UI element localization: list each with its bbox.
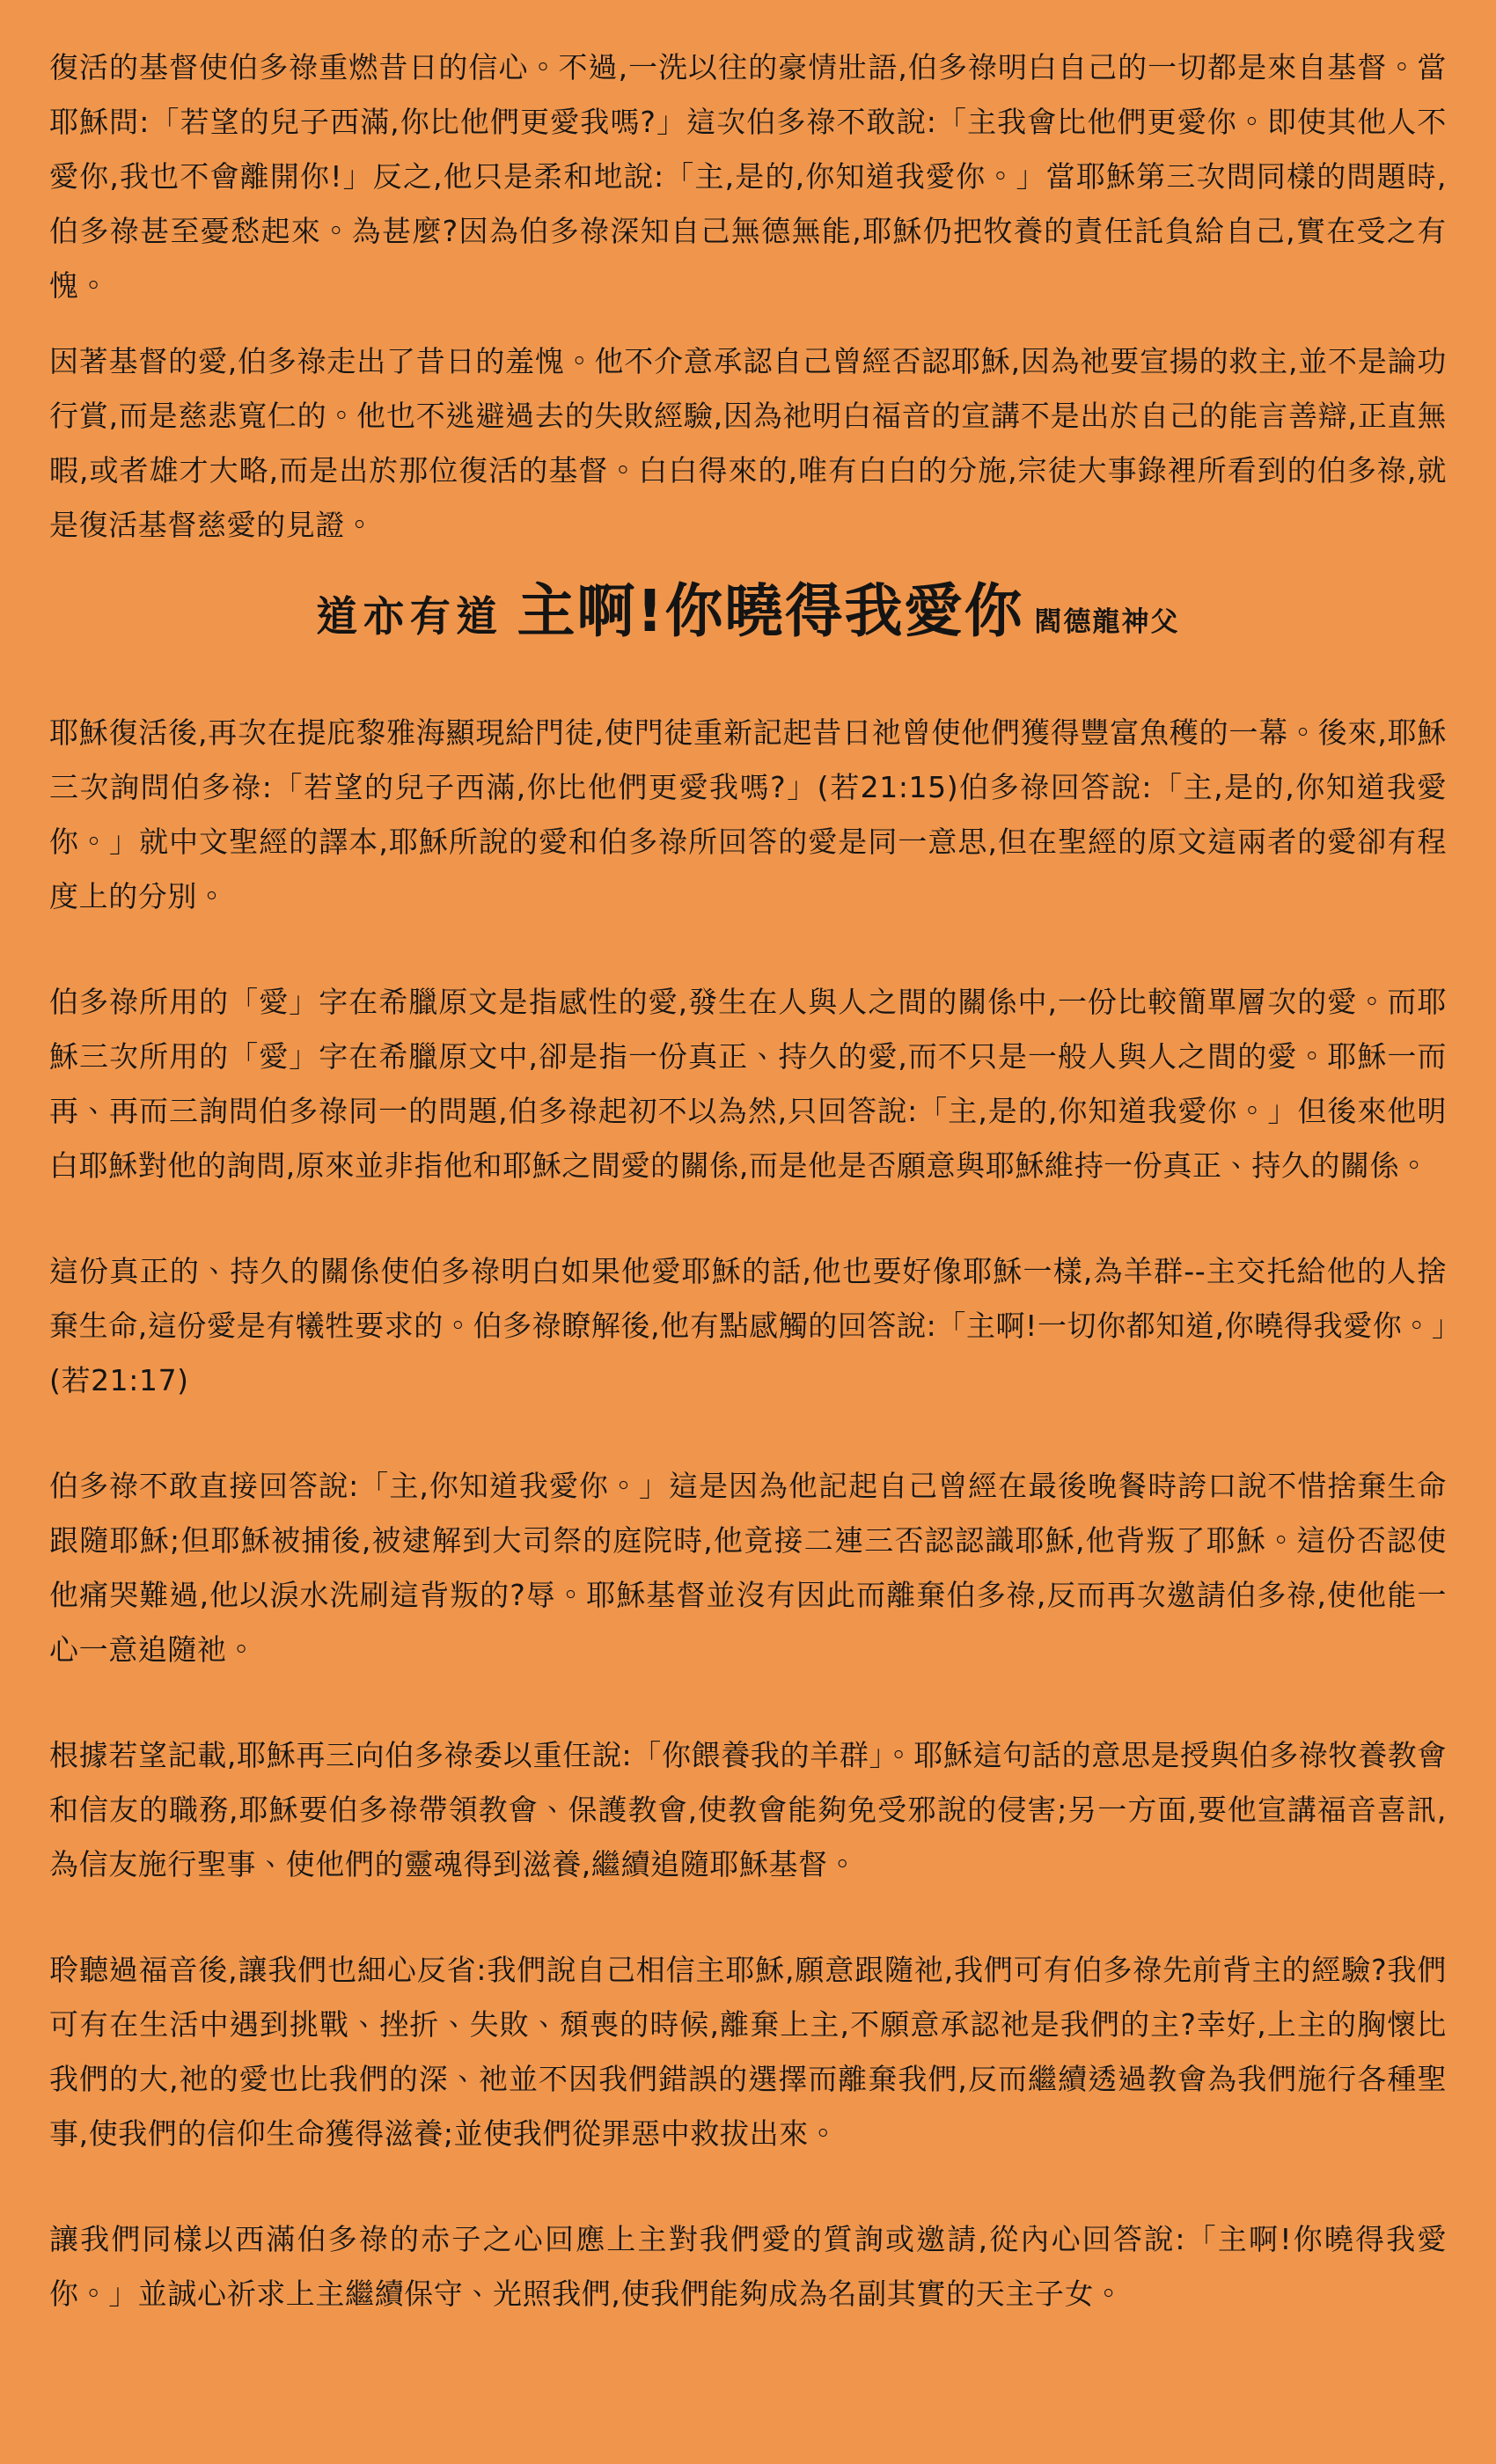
paragraph-intro-1: 復活的基督使伯多祿重燃昔日的信心。不過,一洗以往的豪情壯語,伯多祿明白自己的一切… bbox=[49, 40, 1447, 313]
title-main: 主啊!你曉得我愛你 bbox=[517, 577, 1023, 645]
paragraph-closing-prayer: 讓我們同樣以西滿伯多祿的赤子之心回應上主對我們愛的質詢或邀請,從內心回答說:「主… bbox=[49, 2212, 1447, 2321]
column-name: 道亦有道 bbox=[316, 593, 502, 642]
paragraph-gospel-scene: 耶穌復活後,再次在提庇黎雅海顯現給門徒,使門徒重新記起昔日祂曾使他們獲得豐富魚穫… bbox=[49, 706, 1447, 924]
paragraph-greek-love-words: 伯多祿所用的「愛」字在希臘原文是指感性的愛,發生在人與人之間的關係中,一份比較簡… bbox=[49, 975, 1447, 1193]
paragraph-lasting-relationship: 這份真正的、持久的關係使伯多祿明白如果他愛耶穌的話,他也要好像耶穌一樣,為羊群-… bbox=[49, 1244, 1447, 1408]
paragraph-reflection: 聆聽過福音後,讓我們也細心反省:我們說自己相信主耶穌,願意跟隨祂,我們可有伯多祿… bbox=[49, 1943, 1447, 2161]
paragraph-intro-2: 因著基督的愛,伯多祿走出了昔日的羞愧。他不介意承認自己曾經否認耶穌,因為祂要宣揚… bbox=[49, 334, 1447, 553]
page: { "page": { "background_color": "#F0964C… bbox=[0, 0, 1496, 2464]
article-title: 道亦有道主啊!你曉得我愛你閻德龍神父 bbox=[49, 583, 1447, 641]
article: 復活的基督使伯多祿重燃昔日的信心。不過,一洗以往的豪情壯語,伯多祿明白自己的一切… bbox=[0, 0, 1496, 2321]
title-author: 閻德龍神父 bbox=[1035, 606, 1180, 638]
paragraph-feed-my-sheep: 根據若望記載,耶穌再三向伯多祿委以重任說:「你餵養我的羊群」。耶穌這句話的意思是… bbox=[49, 1728, 1447, 1892]
paragraph-peter-denial: 伯多祿不敢直接回答說:「主,你知道我愛你。」這是因為他記起自己曾經在最後晚餐時誇… bbox=[49, 1459, 1447, 1677]
